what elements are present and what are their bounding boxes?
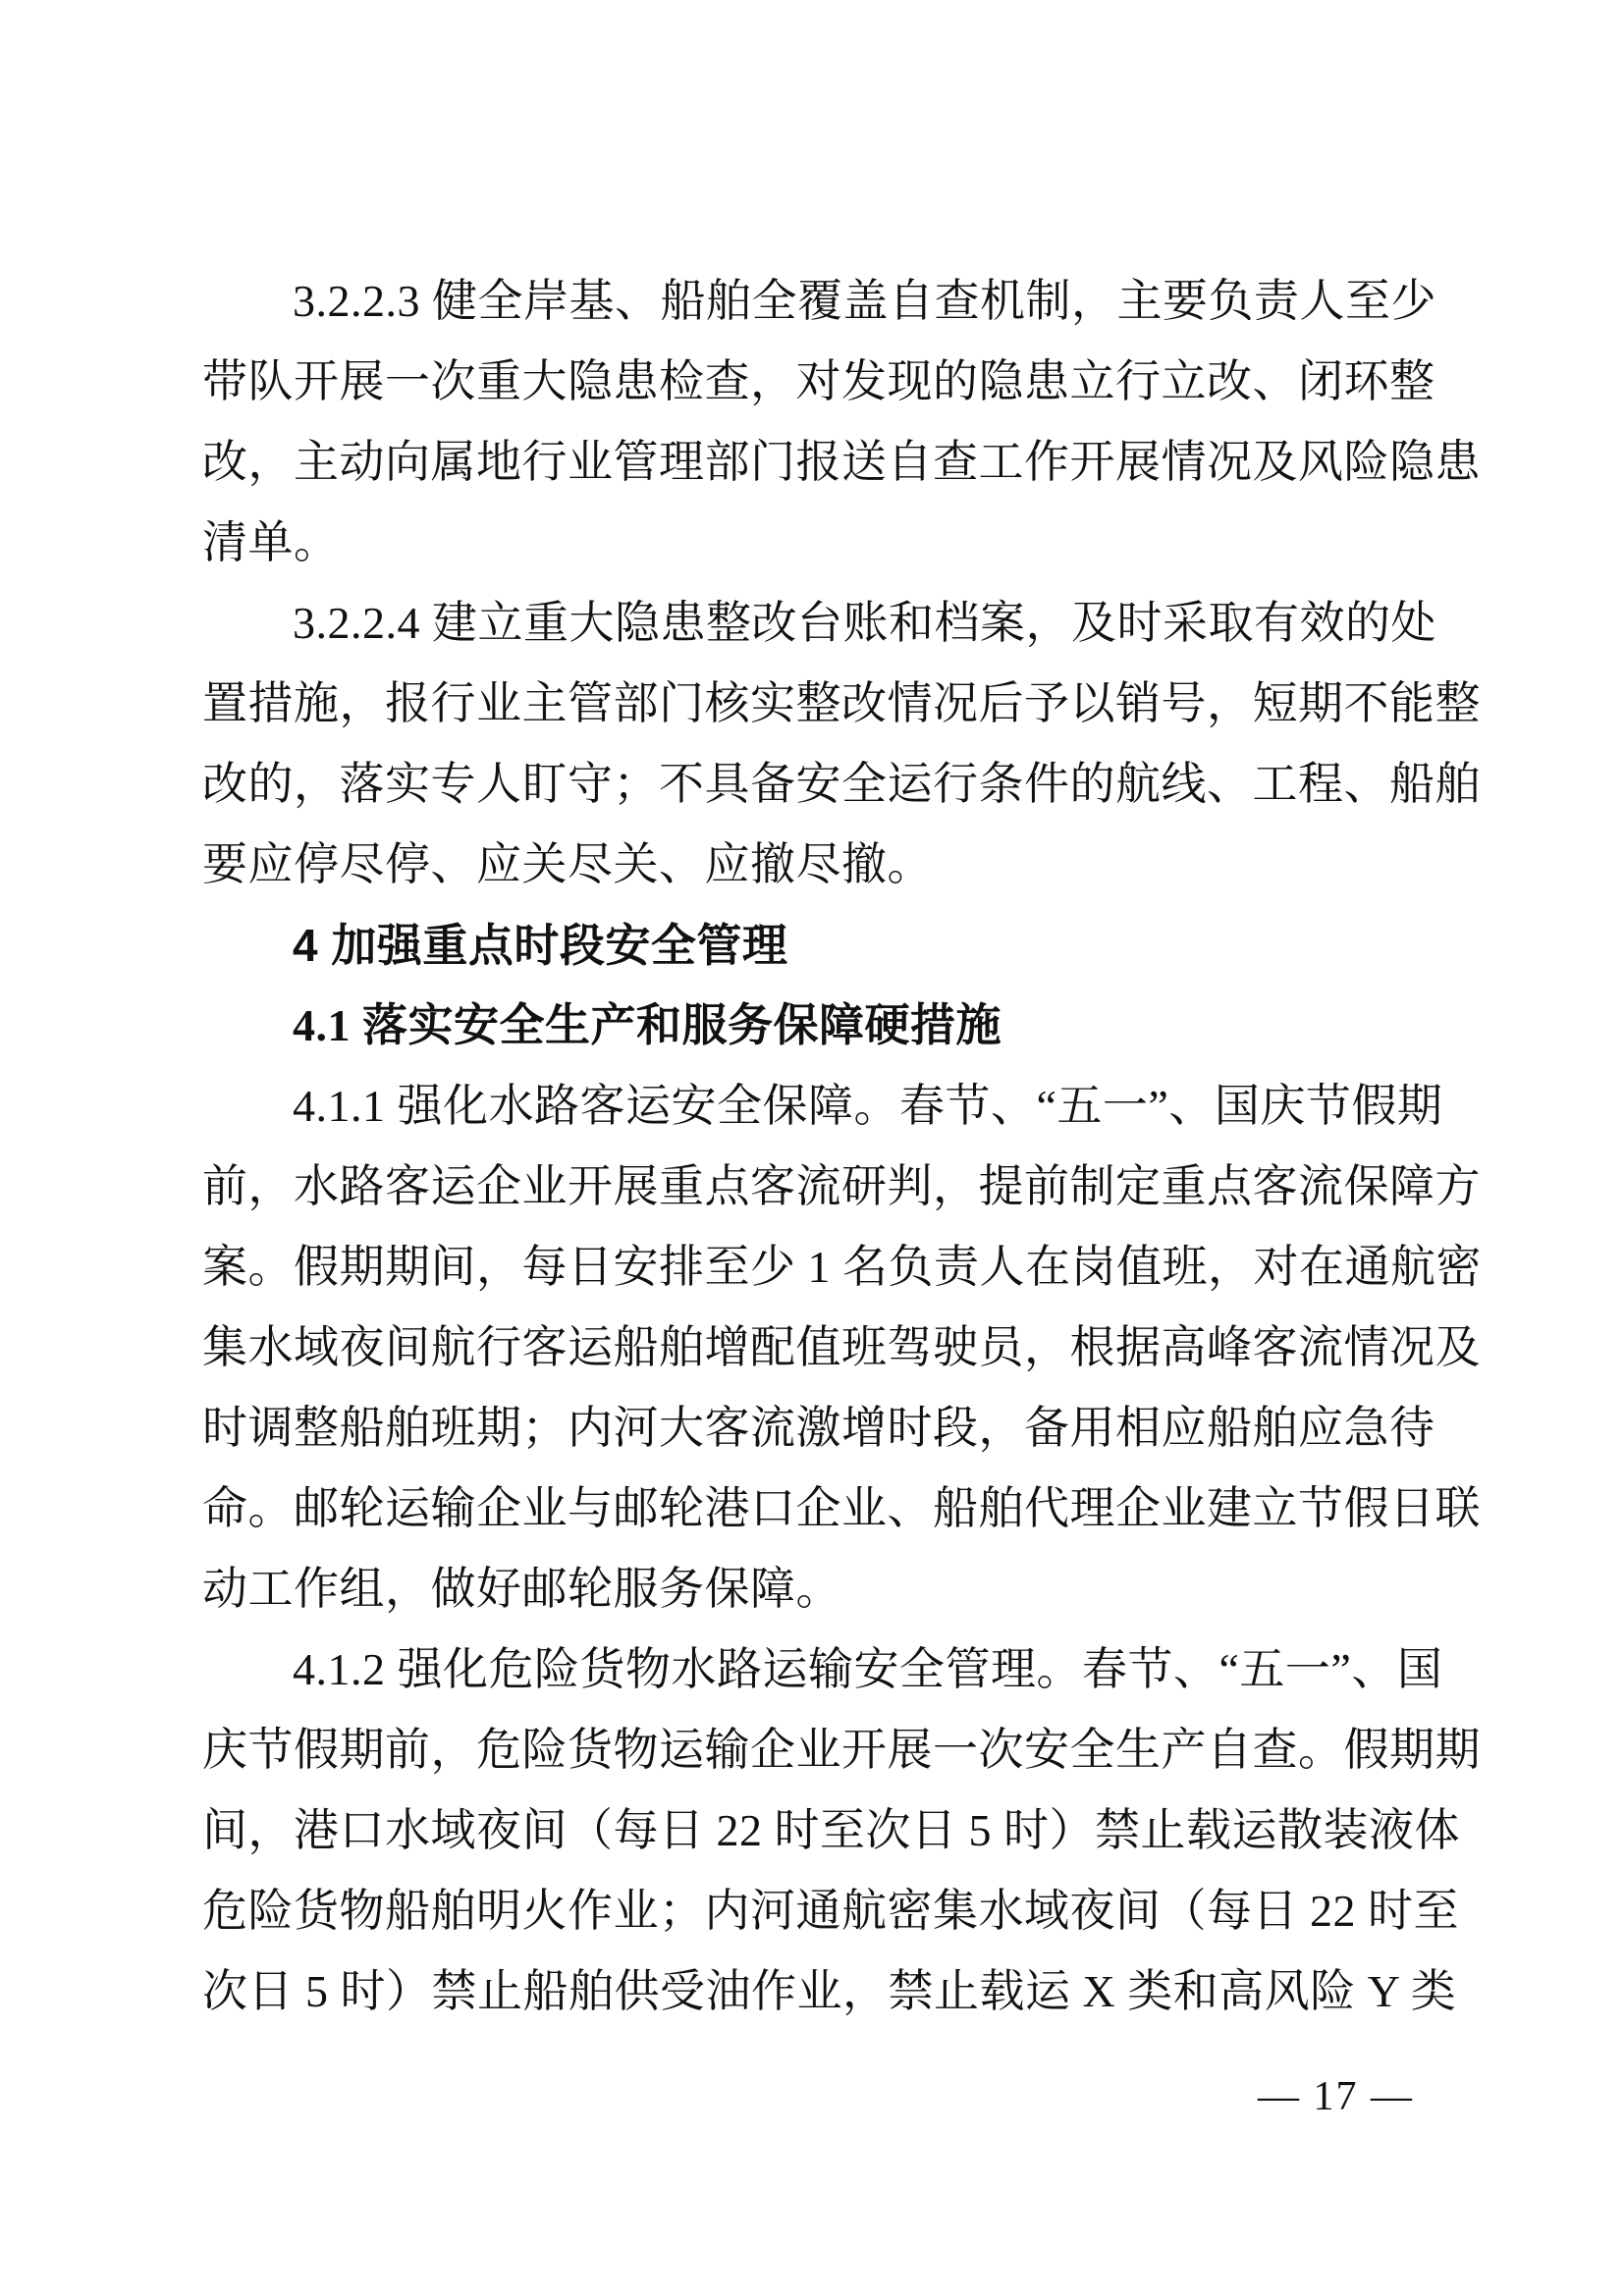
text-line: 动工作组，做好邮轮服务保障。 xyxy=(202,1549,1441,1629)
paragraph-4-1-1: 4.1.1 强化水路客运安全保障。春节、“五一”、国庆节假期 前，水路客运企业开… xyxy=(202,1066,1441,1629)
text-line: 前，水路客运企业开展重点客流研判，提前制定重点客流保障方 xyxy=(202,1147,1441,1227)
paragraph-3-2-2-4: 3.2.2.4 建立重大隐患整改台账和档案，及时采取有效的处 置措施，报行业主管… xyxy=(202,583,1441,905)
paragraph-4-1-2: 4.1.2 强化危险货物水路运输安全管理。春节、“五一”、国 庆节假期前，危险货… xyxy=(202,1629,1441,2032)
page-number: — 17 — xyxy=(1258,2067,1414,2126)
text-line: 危险货物船舶明火作业；内河通航密集水域夜间（每日 22 时至 xyxy=(202,1871,1441,1951)
paragraph-3-2-2-3: 3.2.2.3 健全岸基、船舶全覆盖自查机制，主要负责人至少 带队开展一次重大隐… xyxy=(202,261,1441,583)
text-line: 要应停尽停、应关尽关、应撤尽撤。 xyxy=(202,825,1441,905)
text-line: 3.2.2.4 建立重大隐患整改台账和档案，及时采取有效的处 xyxy=(202,583,1441,664)
heading-text: 4 加强重点时段安全管理 xyxy=(202,905,1441,986)
text-line: 时调整船舶班期；内河大客流激增时段，备用相应船舶应急待 xyxy=(202,1388,1441,1468)
text-line: 带队开展一次重大隐患检查，对发现的隐患立行立改、闭环整 xyxy=(202,342,1441,422)
text-line: 改，主动向属地行业管理部门报送自查工作开展情况及风险隐患 xyxy=(202,422,1441,503)
text-line: 次日 5 时）禁止船舶供受油作业，禁止载运 X 类和高风险 Y 类 xyxy=(202,1951,1441,2032)
heading-section-4-1: 4.1 落实安全生产和服务保障硬措施 xyxy=(202,986,1441,1066)
text-line: 间，港口水域夜间（每日 22 时至次日 5 时）禁止载运散装液体 xyxy=(202,1790,1441,1871)
text-line: 置措施，报行业主管部门核实整改情况后予以销号，短期不能整 xyxy=(202,664,1441,744)
text-line: 4.1.2 强化危险货物水路运输安全管理。春节、“五一”、国 xyxy=(202,1629,1441,1710)
text-line: 改的，落实专人盯守；不具备安全运行条件的航线、工程、船舶 xyxy=(202,744,1441,825)
text-line: 3.2.2.3 健全岸基、船舶全覆盖自查机制，主要负责人至少 xyxy=(202,261,1441,342)
text-line: 4.1.1 强化水路客运安全保障。春节、“五一”、国庆节假期 xyxy=(202,1066,1441,1147)
document-text-block: 3.2.2.3 健全岸基、船舶全覆盖自查机制，主要负责人至少 带队开展一次重大隐… xyxy=(202,261,1441,2032)
text-line: 案。假期期间，每日安排至少 1 名负责人在岗值班，对在通航密 xyxy=(202,1227,1441,1308)
text-line: 集水域夜间航行客运船舶增配值班驾驶员，根据高峰客流情况及 xyxy=(202,1308,1441,1388)
heading-section-4: 4 加强重点时段安全管理 xyxy=(202,905,1441,986)
heading-text: 4.1 落实安全生产和服务保障硬措施 xyxy=(202,986,1441,1066)
text-line: 命。邮轮运输企业与邮轮港口企业、船舶代理企业建立节假日联 xyxy=(202,1468,1441,1549)
text-line: 清单。 xyxy=(202,503,1441,583)
text-line: 庆节假期前，危险货物运输企业开展一次安全生产自查。假期期 xyxy=(202,1710,1441,1790)
document-page: 3.2.2.3 健全岸基、船舶全覆盖自查机制，主要负责人至少 带队开展一次重大隐… xyxy=(0,0,1624,2296)
